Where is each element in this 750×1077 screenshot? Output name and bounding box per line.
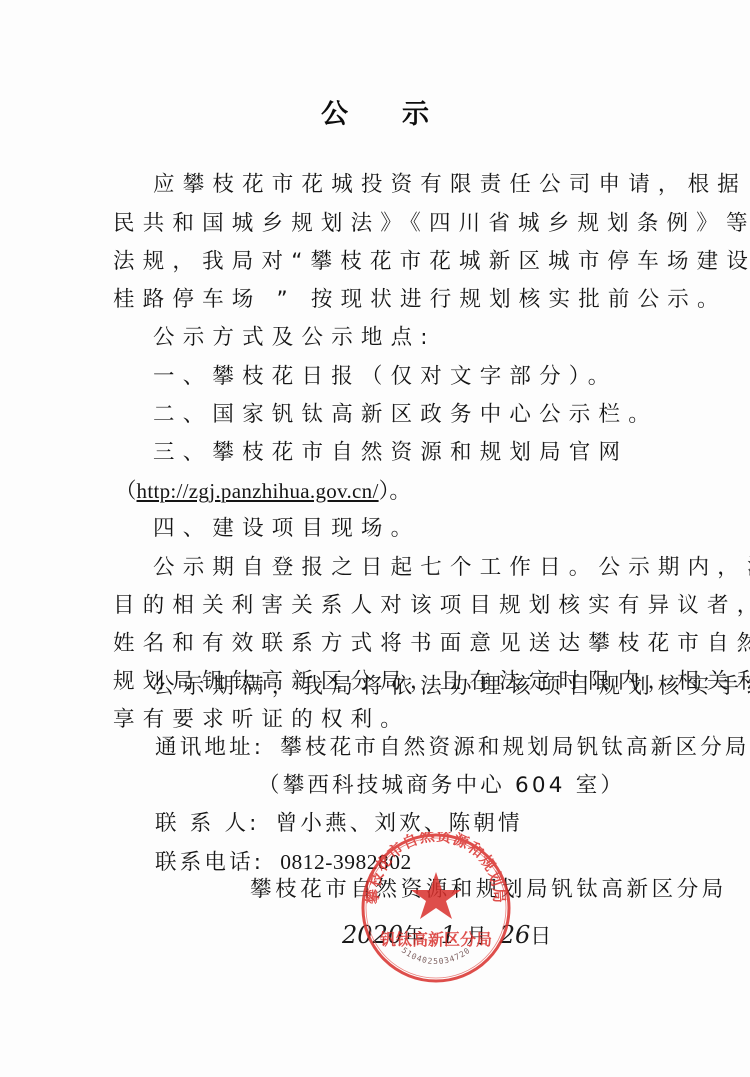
contact-person-label: 联 系 人: (155, 811, 260, 836)
paragraph-2-line-3: 姓名和有效联系方式将书面意见送达攀枝花市自然资源和 (113, 629, 750, 659)
methods-heading: 公示方式及公示地点: (153, 323, 436, 353)
address-value: 攀枝花市自然资源和规划局钒钛高新区分局 (280, 735, 749, 760)
stamp-star-icon (411, 872, 461, 919)
paragraph-2-line-1: 公示期自登报之日起七个工作日。公示期内，涉及该项 (153, 553, 750, 583)
url-close-paren: ）。 (379, 479, 411, 504)
address-label: 通讯地址: (155, 735, 264, 760)
page-title: 公示 (0, 92, 750, 131)
address-row: 通讯地址: 攀枝花市自然资源和规划局钒钛高新区分局 (155, 733, 750, 763)
method-item-4: 四、建设项目现场。 (153, 514, 420, 544)
website-link[interactable]: http://zgj.panzhihua.gov.cn/ (137, 479, 379, 503)
method-item-3: 三、攀枝花市自然资源和规划局官网 (153, 438, 628, 468)
paragraph-1-line-2: 民共和国城乡规划法》《四川省城乡规划条例》等相关法律 (113, 209, 750, 239)
paragraph-1-line-1: 应攀枝花市花城投资有限责任公司申请，根据《中华人 (153, 170, 750, 200)
paragraph-2-line-2: 目的相关利害关系人对该项目规划核实有异议者，请具真实 (113, 591, 750, 621)
website-url-line: （http://zgj.panzhihua.gov.cn/）。 (115, 476, 411, 507)
document-page: 公示 应攀枝花市花城投资有限责任公司申请，根据《中华人 民共和国城乡规划法》《四… (0, 0, 750, 1077)
paragraph-1-line-3: 法规，我局对“攀枝花市花城新区城市停车场建设项目—干 (113, 247, 750, 277)
stamp-bottom-text: 钒钛高新区分局 (379, 930, 492, 949)
paragraph-1-line-4: 桂路停车场 ” 按现状进行规划核实批前公示。 (113, 285, 727, 315)
address-room: （攀西科技城商务中心 604 室） (258, 771, 625, 801)
official-seal-icon: 攀枝花市自然资源和规划局 钒钛高新区分局 5104025034720 (360, 832, 512, 984)
phone-label: 联系电话: (155, 850, 264, 875)
paragraph-3: 公示期满，我局将依法办理该项目规划核实手续。 (153, 672, 750, 702)
url-open-paren: （ (115, 479, 137, 504)
method-item-2: 二、国家钒钛高新区政务中心公示栏。 (153, 400, 658, 430)
paragraph-2-line-5: 享有要求听证的权利。 (113, 705, 410, 735)
date-day-suffix: 日 (530, 924, 551, 948)
method-item-1: 一、攀枝花日报（仅对文字部分）。 (153, 362, 617, 392)
